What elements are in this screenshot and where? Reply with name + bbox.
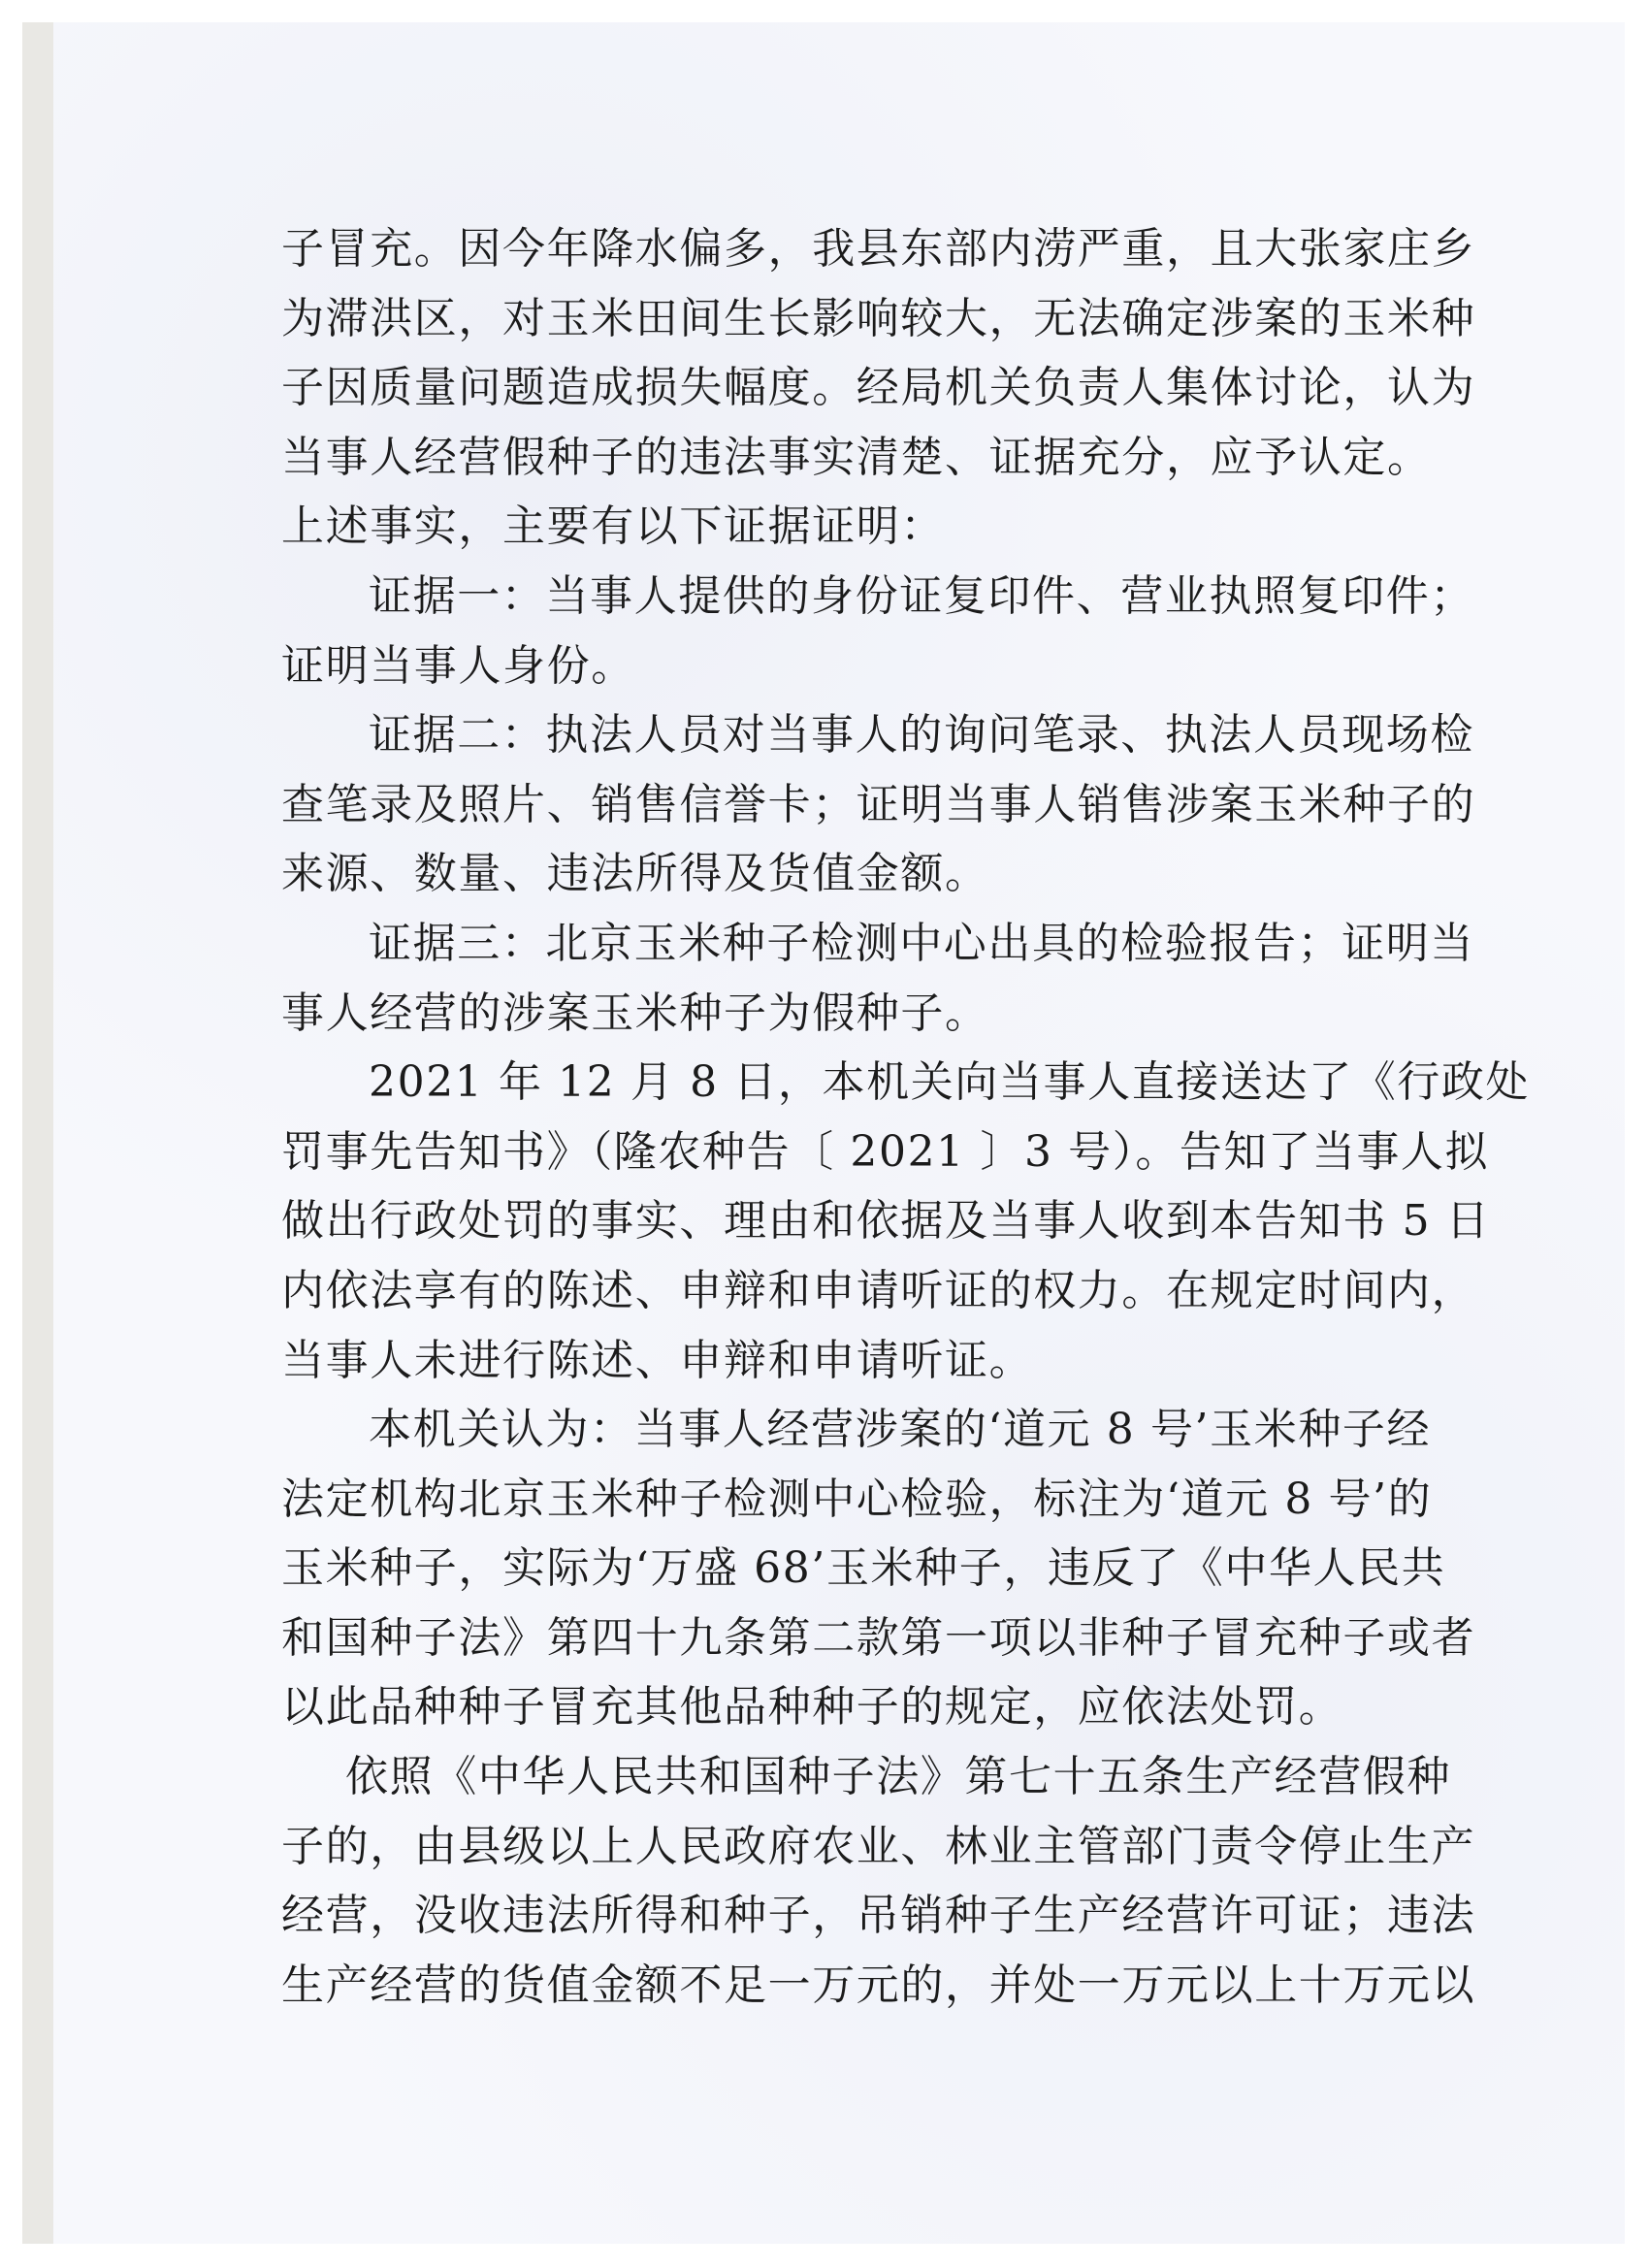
evidence-2-line: 证据二：执法人员对当事人的询问笔录、执法人员现场检 — [281, 700, 1445, 770]
evidence-3-line: 证据三：北京玉米种子检测中心出具的检验报告；证明当 — [281, 909, 1445, 979]
document-body: 子冒充。因今年降水偏多，我县东部内涝严重，且大张家庄乡 为滞洪区，对玉米田间生长… — [281, 214, 1445, 2020]
text-line: 内依法享有的陈述、申辩和申请听证的权力。在规定时间内， — [281, 1256, 1445, 1326]
text-line: 证明当事人身份。 — [281, 632, 1445, 701]
text-line: 生产经营的货值金额不足一万元的，并处一万元以上十万元以 — [281, 1951, 1445, 2021]
text-line: 法定机构北京玉米种子检测中心检验，标注为‘道元 8 号’的 — [281, 1465, 1445, 1535]
text-line: 当事人经营假种子的违法事实清楚、证据充分，应予认定。 — [281, 423, 1445, 493]
text-line: 子冒充。因今年降水偏多，我县东部内涝严重，且大张家庄乡 — [281, 214, 1445, 284]
text-line: 罚事先告知书》（隆农种告〔 2021 〕3 号）。告知了当事人拟 — [281, 1118, 1445, 1187]
text-line: 事人经营的涉案玉米种子为假种子。 — [281, 979, 1445, 1049]
text-line: 子因质量问题造成损失幅度。经局机关负责人集体讨论，认为 — [281, 353, 1445, 423]
text-line: 查笔录及照片、销售信誉卡；证明当事人销售涉案玉米种子的 — [281, 770, 1445, 840]
evidence-1-line: 证据一：当事人提供的身份证复印件、营业执照复印件； — [281, 562, 1445, 632]
text-line: 为滞洪区，对玉米田间生长影响较大，无法确定涉案的玉米种 — [281, 284, 1445, 354]
text-line: 以此品种种子冒充其他品种种子的规定，应依法处罚。 — [281, 1672, 1445, 1742]
scan-edge-shadow — [22, 22, 53, 2244]
notice-paragraph-start: 2021 年 12 月 8 日，本机关向当事人直接送达了《行政处 — [281, 1048, 1445, 1118]
finding-paragraph-start: 本机关认为：当事人经营涉案的‘道元 8 号’玉米种子经 — [281, 1395, 1445, 1465]
text-line: 经营，没收违法所得和种子，吊销种子生产经营许可证；违法 — [281, 1881, 1445, 1951]
text-line: 做出行政处罚的事实、理由和依据及当事人收到本告知书 5 日 — [281, 1186, 1445, 1256]
text-line: 玉米种子，实际为‘万盛 68’玉米种子，违反了《中华人民共 — [281, 1534, 1445, 1604]
legal-basis-paragraph-start: 依照《中华人民共和国种子法》第七十五条生产经营假种 — [281, 1742, 1445, 1812]
text-line: 和国种子法》第四十九条第二款第一项以非种子冒充种子或者 — [281, 1604, 1445, 1673]
text-line: 来源、数量、违法所得及货值金额。 — [281, 839, 1445, 909]
text-line: 当事人未进行陈述、申辩和申请听证。 — [281, 1326, 1445, 1396]
text-line: 上述事实，主要有以下证据证明： — [281, 492, 1445, 562]
text-line: 子的，由县级以上人民政府农业、林业主管部门责令停止生产 — [281, 1812, 1445, 1882]
